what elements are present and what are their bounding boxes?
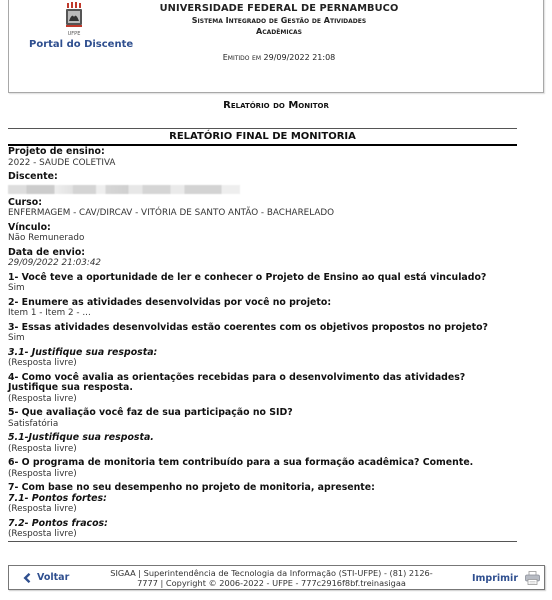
field-label: Vínculo: xyxy=(8,223,517,234)
field-label: 7.2- Pontos fracos: xyxy=(8,519,517,530)
report-fields: Projeto de ensino:2022 - SAUDE COLETIVAD… xyxy=(8,147,517,542)
chevron-left-icon xyxy=(23,573,31,583)
field-value: (Resposta livre) xyxy=(8,394,517,405)
report-header: UFPE Portal do Discente UNIVERSIDADE FED… xyxy=(8,0,544,93)
field-value: (Resposta livre) xyxy=(8,444,517,455)
print-label: Imprimir xyxy=(472,573,518,584)
university-name: UNIVERSIDADE FEDERAL DE PERNAMBUCO xyxy=(109,3,449,14)
page-title: Relatório do Monitor xyxy=(0,100,552,111)
report-field: 3- Essas atividades desenvolvidas estão … xyxy=(8,323,517,344)
printer-icon xyxy=(525,571,540,585)
field-value: 29/09/2022 21:03:42 xyxy=(8,258,517,269)
field-value: Sim xyxy=(8,333,517,344)
emitted-date: Emitido em 29/09/2022 21:08 xyxy=(119,53,439,62)
back-label: Voltar xyxy=(37,572,69,583)
report-field: Discente: xyxy=(8,172,517,194)
field-label: 5.1-Justifique sua resposta. xyxy=(8,433,517,444)
report-field: Projeto de ensino:2022 - SAUDE COLETIVA xyxy=(8,147,517,168)
field-label: 3- Essas atividades desenvolvidas estão … xyxy=(8,323,517,334)
field-label: 3.1- Justifique sua resposta: xyxy=(8,348,517,359)
report-field: 7- Com base no seu desempenho no projeto… xyxy=(8,483,517,494)
field-value: Não Remunerado xyxy=(8,233,517,244)
report-field: Data de envio:29/09/2022 21:03:42 xyxy=(8,248,517,269)
field-label: 1- Você teve a oportunidade de ler e con… xyxy=(8,273,517,284)
field-value: Sim xyxy=(8,283,517,294)
logo-block: UFPE Portal do Discente xyxy=(29,2,119,50)
footer-info-line2: 7777 | Copyright © 2006-2022 - UFPE - 77… xyxy=(84,579,459,589)
field-label: 2- Enumere as atividades desenvolvidas p… xyxy=(8,298,517,309)
report-field: Curso:ENFERMAGEM - CAV/DIRCAV - VITÓRIA … xyxy=(8,198,517,219)
svg-text:UFPE: UFPE xyxy=(68,31,81,37)
report-table-title: RELATÓRIO FINAL DE MONITORIA xyxy=(8,128,517,146)
report-table: RELATÓRIO FINAL DE MONITORIA Projeto de … xyxy=(8,128,517,542)
field-value: (Resposta livre) xyxy=(8,469,517,480)
report-field: 6- O programa de monitoria tem contribuí… xyxy=(8,458,517,479)
portal-discente-link[interactable]: Portal do Discente xyxy=(29,39,119,50)
system-name-line1: Sistema Integrado de Gestão de Atividade… xyxy=(119,15,439,26)
field-value: (Resposta livre) xyxy=(8,504,517,515)
field-value: (Resposta livre) xyxy=(8,358,517,369)
report-field: 5.1-Justifique sua resposta.(Resposta li… xyxy=(8,433,517,454)
field-value: Item 1 - Item 2 - ... xyxy=(8,308,517,319)
field-label: Curso: xyxy=(8,198,517,209)
field-label: Projeto de ensino: xyxy=(8,147,517,158)
redacted-student-name xyxy=(8,185,240,194)
print-button[interactable]: Imprimir xyxy=(472,571,540,585)
report-field: 7.1- Pontos fortes:(Resposta livre) xyxy=(8,494,517,515)
ufpe-logo-icon: UFPE xyxy=(64,2,84,38)
field-value: 2022 - SAUDE COLETIVA xyxy=(8,158,517,169)
system-name: Sistema Integrado de Gestão de Atividade… xyxy=(119,15,439,37)
field-label: 5- Que avaliação você faz de sua partici… xyxy=(8,408,517,419)
system-name-line2: Acadêmicas xyxy=(119,26,439,37)
report-field: 5- Que avaliação você faz de sua partici… xyxy=(8,408,517,429)
report-field: 2- Enumere as atividades desenvolvidas p… xyxy=(8,298,517,319)
field-label: 7.1- Pontos fortes: xyxy=(8,494,517,505)
field-label: Discente: xyxy=(8,172,517,183)
report-field: 7.2- Pontos fracos:(Resposta livre) xyxy=(8,519,517,540)
report-field: 4- Como você avalia as orientações receb… xyxy=(8,373,517,405)
footer-bar: Voltar SIGAA | Superintendência de Tecno… xyxy=(8,565,545,590)
report-field: 1- Você teve a oportunidade de ler e con… xyxy=(8,273,517,294)
back-button[interactable]: Voltar xyxy=(23,572,69,583)
footer-info: SIGAA | Superintendência de Tecnologia d… xyxy=(84,569,459,588)
field-label: Data de envio: xyxy=(8,248,517,259)
report-field: 3.1- Justifique sua resposta:(Resposta l… xyxy=(8,348,517,369)
field-label: 6- O programa de monitoria tem contribuí… xyxy=(8,458,517,469)
field-value: (Resposta livre) xyxy=(8,529,517,540)
field-label: 7- Com base no seu desempenho no projeto… xyxy=(8,483,517,494)
field-value: ENFERMAGEM - CAV/DIRCAV - VITÓRIA DE SAN… xyxy=(8,208,517,219)
report-field: Vínculo:Não Remunerado xyxy=(8,223,517,244)
field-value: Satisfatória xyxy=(8,419,517,430)
field-label: 4- Como você avalia as orientações receb… xyxy=(8,373,517,394)
